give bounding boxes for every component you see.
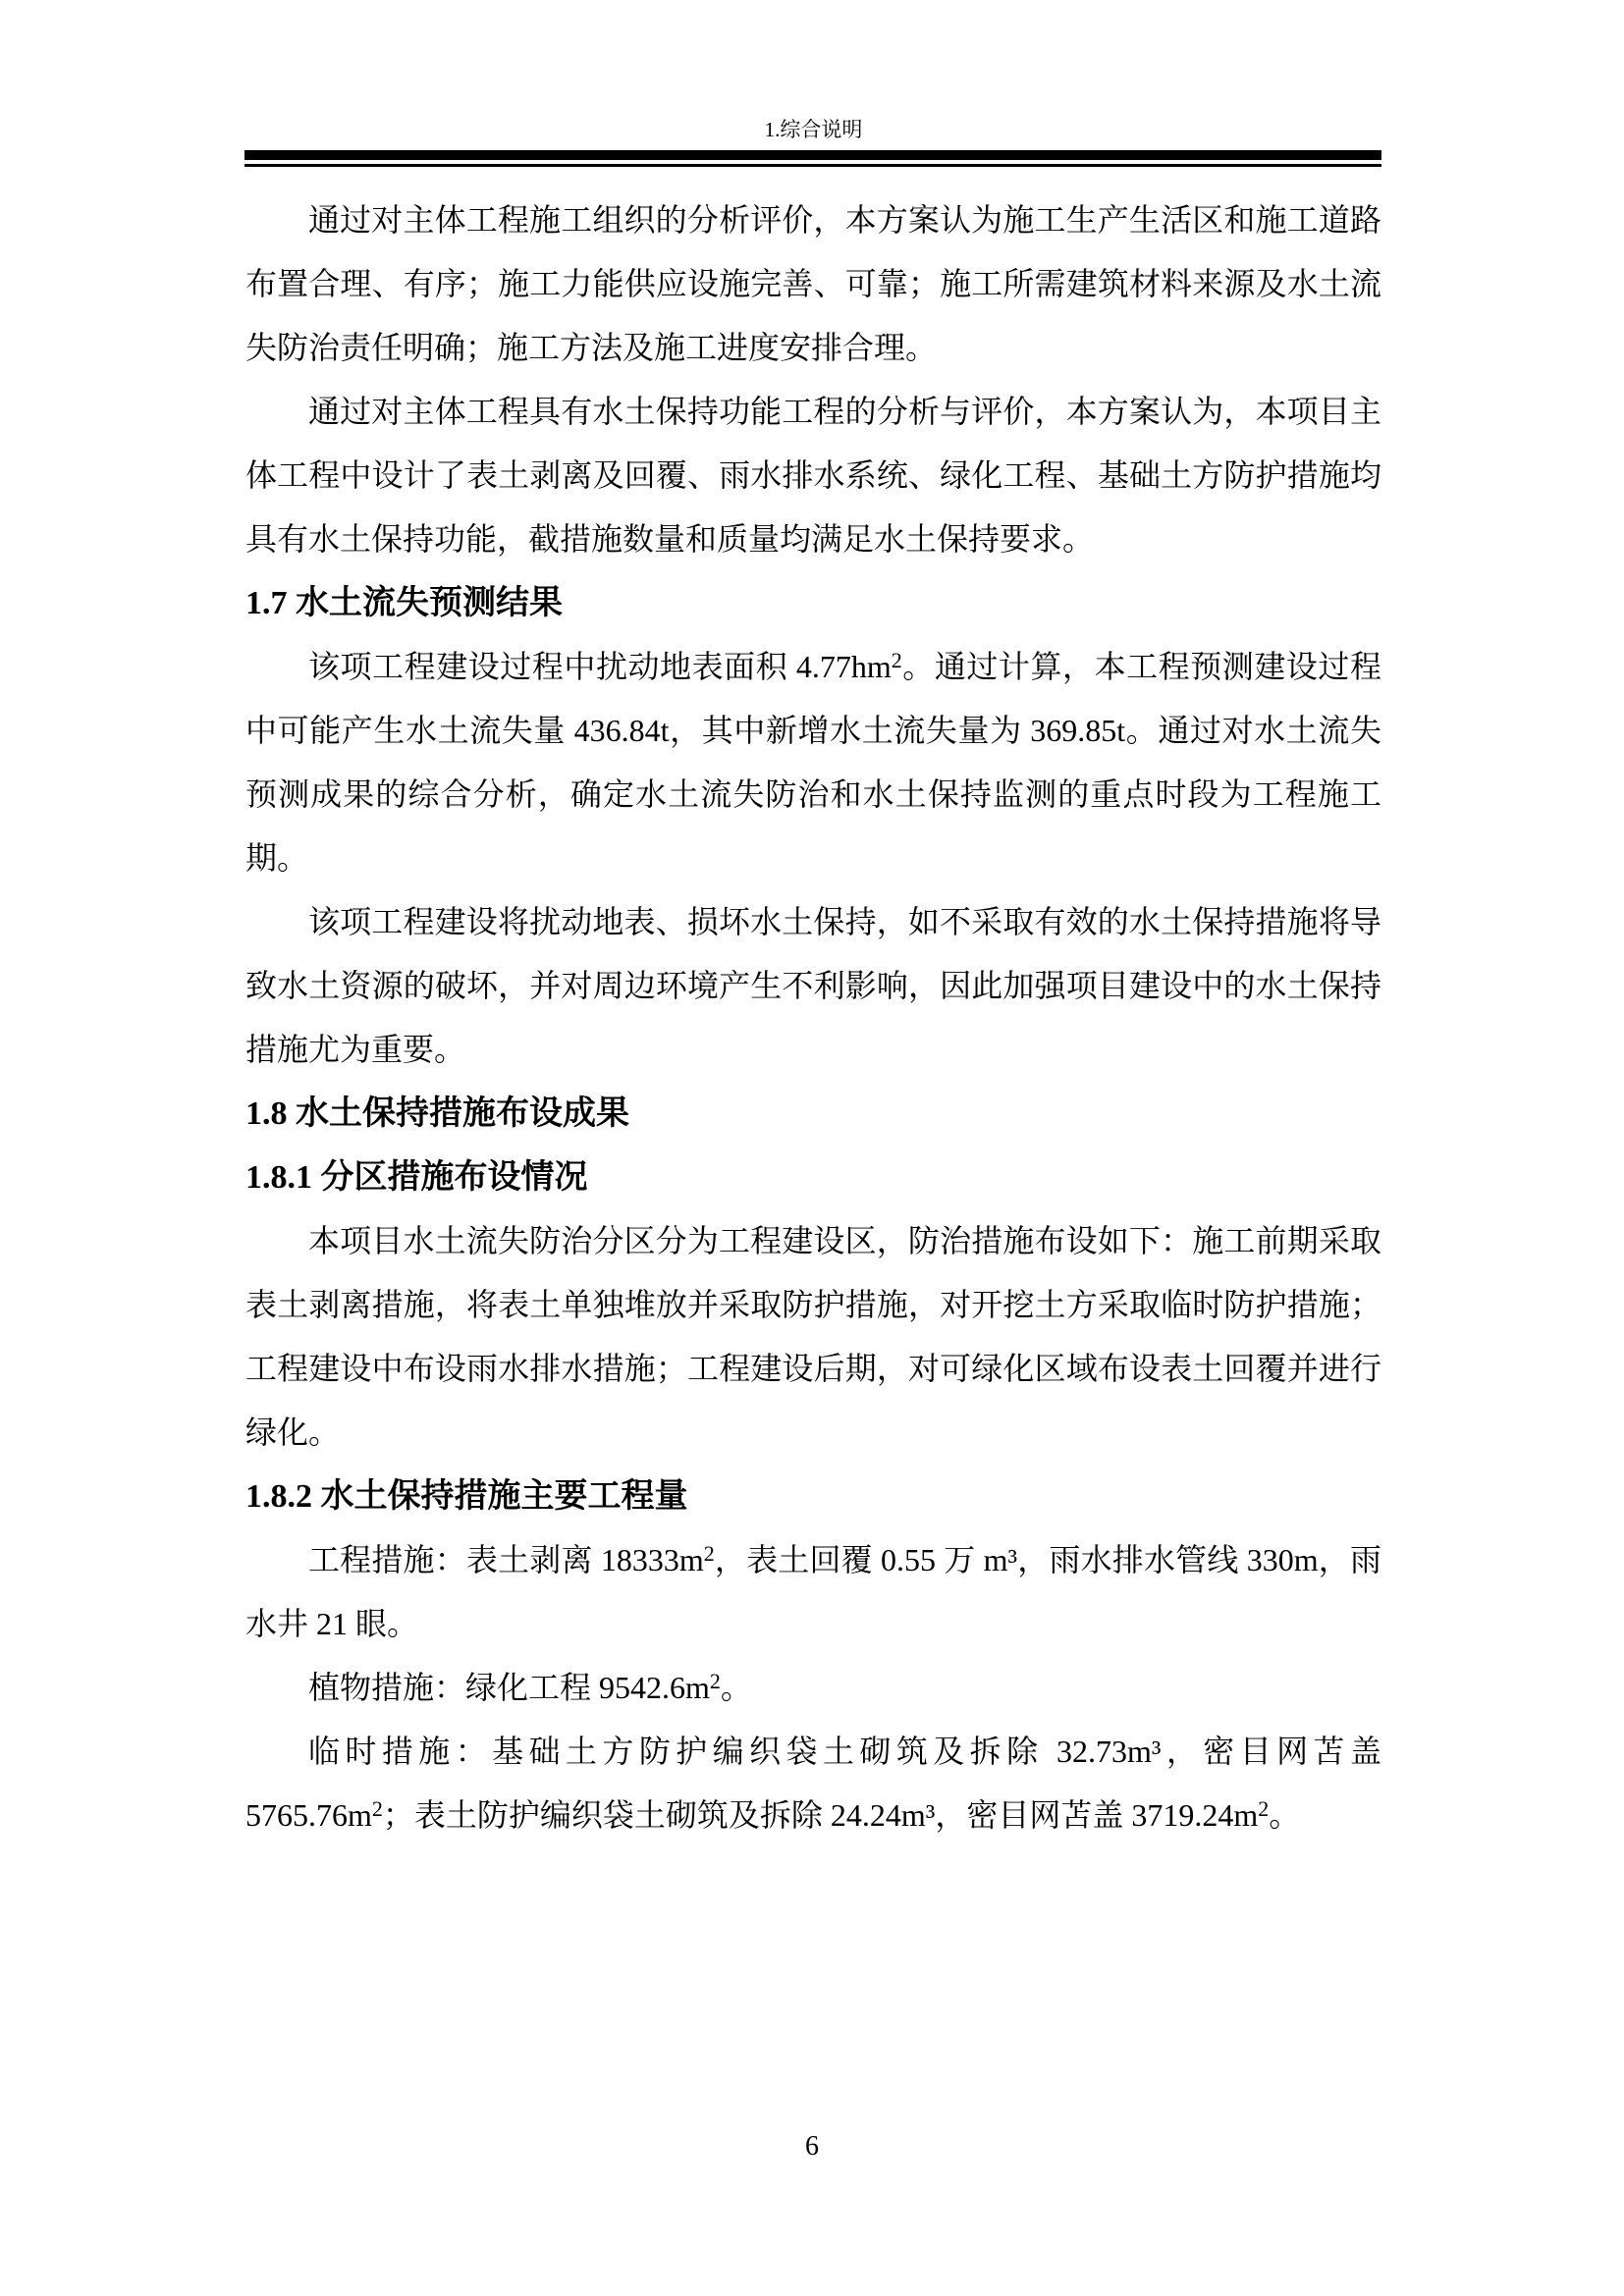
text-run: 1.8.1 分区措施布设情况 [245, 1159, 588, 1196]
text-run: 植物措施：绿化工程 9542.6m [308, 1670, 710, 1705]
header-rule-thick [244, 150, 1381, 160]
section-heading-1-8: 1.8 水土保持措施布设成果 [245, 1082, 1381, 1146]
text-run: 该项工程建设过程中扰动地表面积 4.77hm [308, 649, 892, 684]
text-run: 该项工程建设将扰动地表、损坏水土保持，如不采取有效的水土保持措施将导致水土资源的… [245, 904, 1381, 1067]
text-run: 通过对主体工程具有水土保持功能工程的分析与评价，本方案认为，本项目主体工程中设计… [245, 394, 1381, 557]
text-run: 。 [1269, 1797, 1300, 1833]
section-heading-1-7: 1.7 水土流失预测结果 [245, 571, 1381, 635]
header-rule-thin [244, 164, 1381, 167]
paragraph: 植物措施：绿化工程 9542.6m2。 [245, 1656, 1381, 1720]
superscript: 2 [892, 648, 902, 672]
section-heading-1-8-2: 1.8.2 水土保持措施主要工程量 [245, 1465, 1381, 1528]
superscript: 2 [704, 1541, 715, 1566]
text-run: 1.7 水土流失预测结果 [245, 585, 563, 621]
section-heading-1-8-1: 1.8.1 分区措施布设情况 [245, 1146, 1381, 1209]
text-run: 1.8.2 水土保持措施主要工程量 [245, 1478, 688, 1515]
document-page: 1.综合说明 通过对主体工程施工组织的分析评价，本方案认为施工生产生活区和施工道… [0, 0, 1624, 2296]
text-run: 1.8 水土保持措施布设成果 [245, 1095, 629, 1132]
paragraph: 临时措施：基础土方防护编织袋土砌筑及拆除 32.73m³，密目网苫盖 5765.… [245, 1720, 1381, 1847]
text-run: 。 [721, 1670, 752, 1705]
paragraph: 本项目水土流失防治分区分为工程建设区，防治措施布设如下：施工前期采取表土剥离措施… [245, 1209, 1381, 1465]
text-run: ；表土防护编织袋土砌筑及拆除 24.24m³，密目网苫盖 3719.24m [383, 1797, 1258, 1833]
document-body: 通过对主体工程施工组织的分析评价，本方案认为施工生产生活区和施工道路布置合理、有… [245, 188, 1381, 1847]
page-number: 6 [0, 2132, 1624, 2162]
superscript: 2 [1258, 1796, 1269, 1821]
superscript: 2 [710, 1669, 721, 1693]
paragraph: 通过对主体工程具有水土保持功能工程的分析与评价，本方案认为，本项目主体工程中设计… [245, 380, 1381, 571]
text-run: 通过对主体工程施工组织的分析评价，本方案认为施工生产生活区和施工道路布置合理、有… [245, 202, 1381, 365]
paragraph: 通过对主体工程施工组织的分析评价，本方案认为施工生产生活区和施工道路布置合理、有… [245, 188, 1381, 380]
paragraph: 工程措施：表土剥离 18333m2，表土回覆 0.55 万 m³，雨水排水管线 … [245, 1528, 1381, 1656]
page-header-title: 1.综合说明 [245, 118, 1381, 141]
superscript: 2 [372, 1796, 383, 1821]
text-run: 本项目水土流失防治分区分为工程建设区，防治措施布设如下：施工前期采取表土剥离措施… [245, 1223, 1381, 1450]
paragraph: 该项工程建设过程中扰动地表面积 4.77hm2。通过计算，本工程预测建设过程中可… [245, 635, 1381, 890]
text-run: 工程措施：表土剥离 18333m [308, 1542, 704, 1577]
paragraph: 该项工程建设将扰动地表、损坏水土保持，如不采取有效的水土保持措施将导致水土资源的… [245, 890, 1381, 1082]
